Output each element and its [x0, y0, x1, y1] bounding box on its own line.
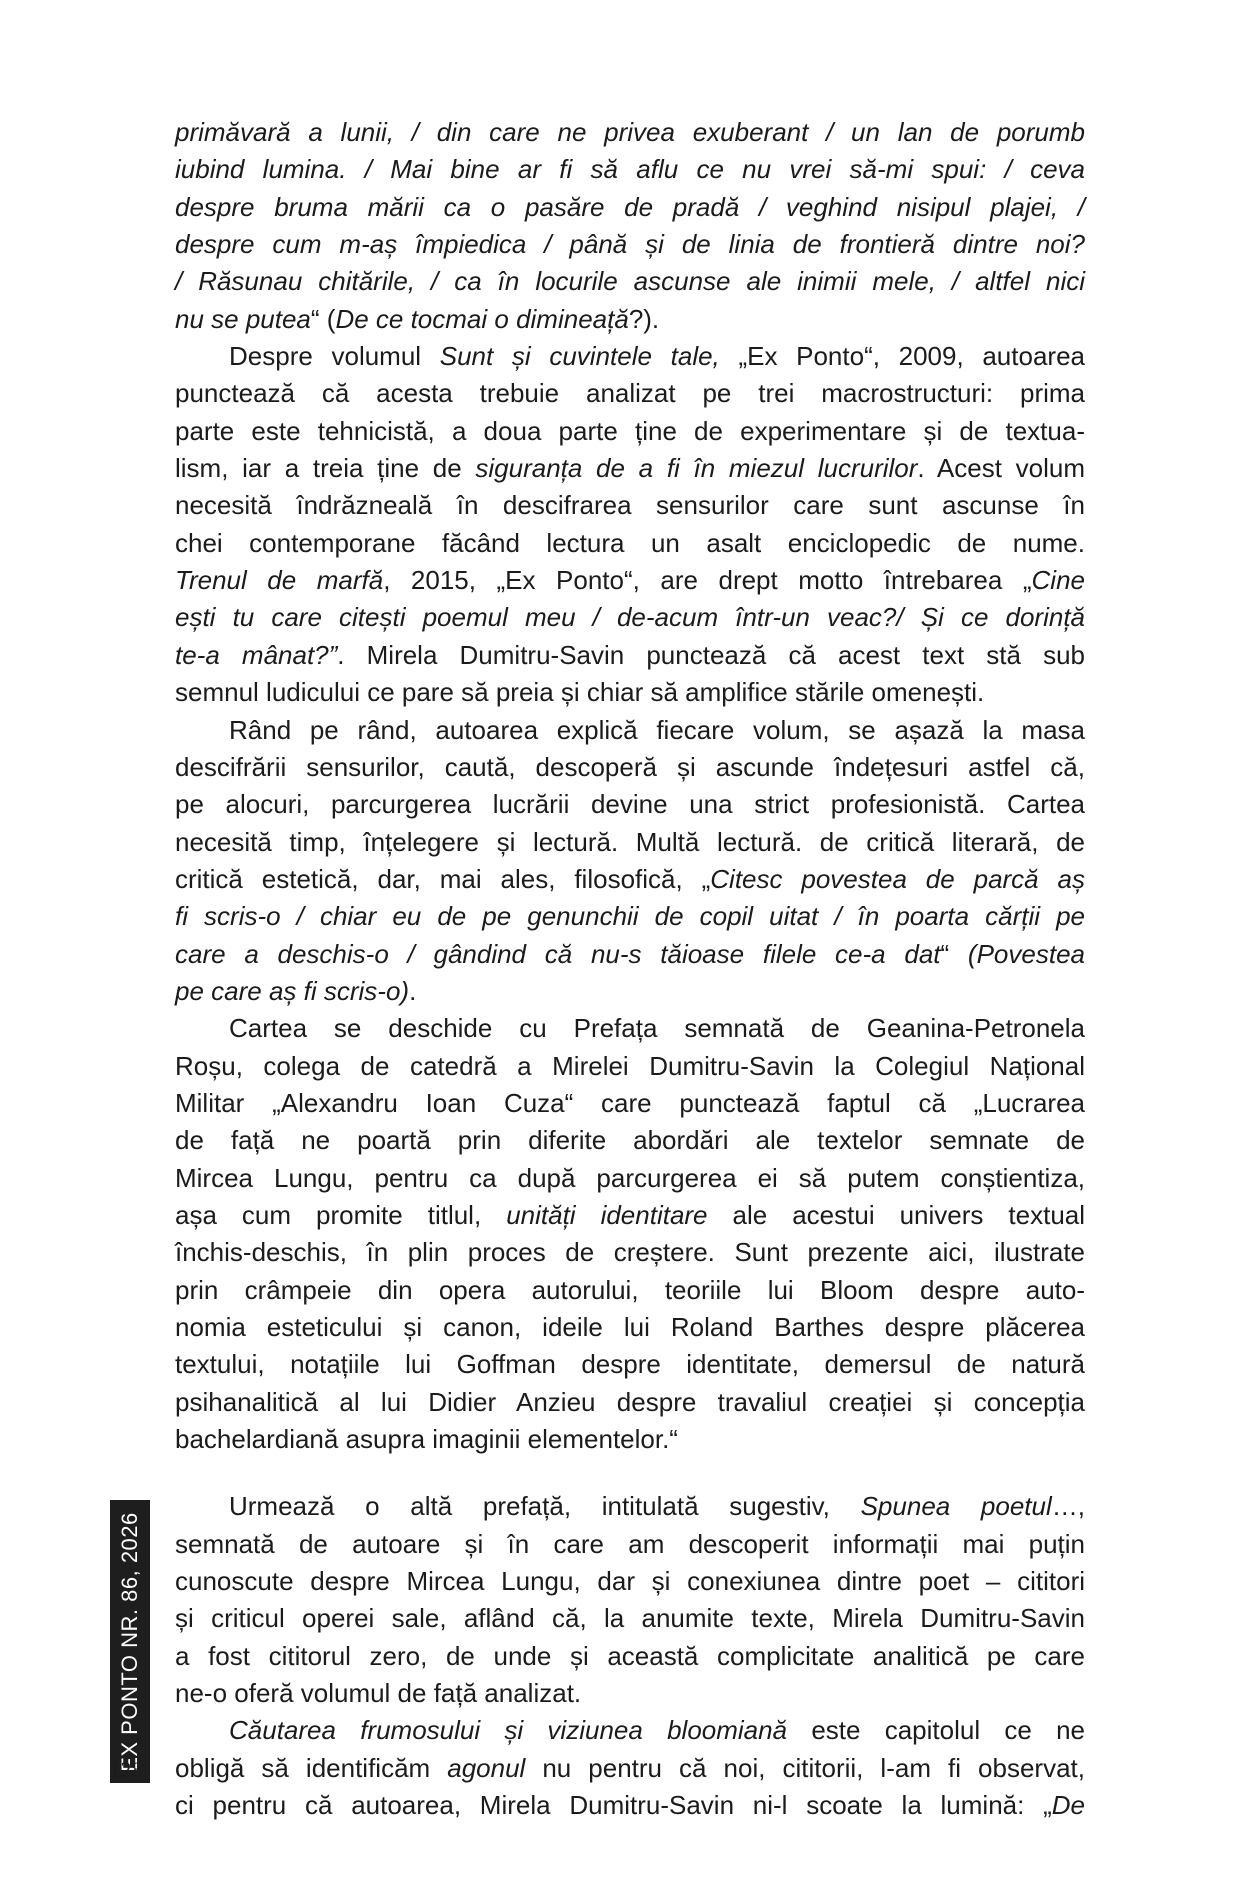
- text-line: pe alocuri, parcurgerea lucrării devine …: [175, 786, 1085, 823]
- text-line: te-a mânat?”. Mirela Dumitru-Savin punct…: [175, 637, 1085, 674]
- text-run: “: [941, 939, 968, 969]
- text-line: prin crâmpeie din opera autorului, teori…: [175, 1272, 1085, 1309]
- italic-text: Trenul de marfă: [175, 565, 383, 595]
- italic-text: Cine: [1032, 565, 1085, 595]
- text-line: lism, iar a treia ține de siguranța de a…: [175, 450, 1085, 487]
- text-line: primăvară a lunii, / din care ne privea …: [175, 114, 1085, 151]
- italic-text: (Povestea: [968, 939, 1085, 969]
- text-run: este capitolul ce ne: [787, 1715, 1085, 1745]
- text-line: obligă să identificăm agonul nu pentru c…: [175, 1750, 1085, 1787]
- text-line: Mircea Lungu, pentru ca după parcurgerea…: [175, 1160, 1085, 1197]
- italic-text: Căutarea frumosului și viziunea bloomian…: [229, 1715, 787, 1745]
- text-line: textului, notațiile lui Goffman despre i…: [175, 1346, 1085, 1383]
- italic-text: De ce tocmai o dimineață: [335, 304, 628, 334]
- text-line: iubind lumina. / Mai bine ar fi să aflu …: [175, 151, 1085, 188]
- text-run: ?).: [629, 304, 659, 334]
- text-run: …,: [1052, 1491, 1085, 1521]
- italic-text: care a deschis-o / gândind că nu-s tăioa…: [175, 939, 941, 969]
- text-run: chei contemporane făcând lectura un asal…: [175, 528, 1085, 558]
- text-line: descifrării sensurilor, caută, descoperă…: [175, 749, 1085, 786]
- text-run: „Ex Ponto“, 2009, autoarea: [720, 341, 1085, 371]
- text-run: .: [409, 976, 416, 1006]
- text-line: care a deschis-o / gândind că nu-s tăioa…: [175, 936, 1085, 973]
- text-run: așa cum promite titlul,: [175, 1200, 506, 1230]
- text-line: de față ne poartă prin diferite abordări…: [175, 1122, 1085, 1159]
- text-line: despre cum m-aș împiedica / până și de l…: [175, 226, 1085, 263]
- italic-text: nu se putea: [175, 304, 311, 334]
- italic-text: agonul: [447, 1753, 525, 1783]
- text-line: bachelardiană asupra imaginii elementelo…: [175, 1421, 1085, 1458]
- text-line: și criticul operei sale, aflând că, la a…: [175, 1600, 1085, 1637]
- text-run: Despre volumul: [229, 341, 440, 371]
- text-run: Cartea se deschide cu Prefața semnată de…: [229, 1013, 1085, 1043]
- text-line: semnată de autoare și în care am descope…: [175, 1526, 1085, 1563]
- italic-text: pe care aș fi scris-o): [175, 976, 409, 1006]
- text-line: Militar „Alexandru Ioan Cuza“ care punct…: [175, 1085, 1085, 1122]
- text-run: semnată de autoare și în care am descope…: [175, 1529, 1085, 1559]
- text-line: Roșu, colega de catedră a Mirelei Dumitr…: [175, 1048, 1085, 1085]
- text-run: lism, iar a treia ține de: [175, 453, 475, 483]
- text-line: nomia esteticului și canon, ideile lui R…: [175, 1309, 1085, 1346]
- text-run: Mircea Lungu, pentru ca după parcurgerea…: [175, 1163, 1085, 1193]
- text-run: , 2015, „Ex Ponto“, are drept motto într…: [383, 565, 1031, 595]
- text-line: Despre volumul Sunt și cuvintele tale, „…: [175, 338, 1085, 375]
- italic-text: te-a mânat?”: [175, 640, 337, 670]
- italic-text: despre bruma mării ca o pasăre de pradă …: [175, 192, 1085, 222]
- text-run: textului, notațiile lui Goffman despre i…: [175, 1349, 1085, 1379]
- text-run: obligă să identificăm: [175, 1753, 447, 1783]
- text-line: necesită îndrăzneală în descifrarea sens…: [175, 487, 1085, 524]
- text-run: ci pentru că autoarea, Mirela Dumitru-Sa…: [175, 1790, 1052, 1820]
- text-run: necesită îndrăzneală în descifrarea sens…: [175, 490, 1085, 520]
- text-line: cunoscute despre Mircea Lungu, dar și co…: [175, 1563, 1085, 1600]
- text-run: . Mirela Dumitru-Savin punctează că aces…: [337, 640, 1085, 670]
- text-run: cunoscute despre Mircea Lungu, dar și co…: [175, 1566, 1085, 1596]
- text-run: prin crâmpeie din opera autorului, teori…: [175, 1275, 1085, 1305]
- text-line: critică estetică, dar, mai ales, filosof…: [175, 861, 1085, 898]
- text-line: Cartea se deschide cu Prefața semnată de…: [175, 1010, 1085, 1047]
- italic-text: ești tu care citești poemul meu / de-acu…: [175, 602, 1085, 632]
- text-line: așa cum promite titlul, unități identita…: [175, 1197, 1085, 1234]
- journal-issue-label: EX PONTO NR. 86, 2026: [110, 1500, 150, 1783]
- text-run: descifrării sensurilor, caută, descoperă…: [175, 752, 1085, 782]
- text-run: psihanalitică al lui Didier Anzieu despr…: [175, 1387, 1085, 1417]
- italic-text: De: [1052, 1790, 1085, 1820]
- text-line: despre bruma mării ca o pasăre de pradă …: [175, 189, 1085, 226]
- text-line: punctează că acesta trebuie analizat pe …: [175, 375, 1085, 412]
- italic-text: despre cum m-aș împiedica / până și de l…: [175, 229, 1085, 259]
- italic-text: / Răsunau chitările, / ca în locurile as…: [175, 266, 1085, 296]
- body-text-column: primăvară a lunii, / din care ne privea …: [175, 114, 1085, 1824]
- text-line: ești tu care citești poemul meu / de-acu…: [175, 599, 1085, 636]
- page-number: 128: [108, 1757, 144, 1783]
- text-line: închis-deschis, în plin proces de crește…: [175, 1234, 1085, 1271]
- text-line: ci pentru că autoarea, Mirela Dumitru-Sa…: [175, 1787, 1085, 1824]
- text-run: bachelardiană asupra imaginii elementelo…: [175, 1424, 678, 1454]
- text-run: Rând pe rând, autoarea explică fiecare v…: [229, 715, 1085, 745]
- text-line: / Răsunau chitările, / ca în locurile as…: [175, 263, 1085, 300]
- text-line: ne-o oferă volumul de față analizat.: [175, 1675, 1085, 1712]
- italic-text: Citesc povestea de parcă aș: [710, 864, 1085, 894]
- text-run: pe alocuri, parcurgerea lucrării devine …: [175, 789, 1085, 819]
- text-run: Militar „Alexandru Ioan Cuza“ care punct…: [175, 1088, 1085, 1118]
- text-run: închis-deschis, în plin proces de crește…: [175, 1237, 1085, 1267]
- text-run: . Acest volum: [917, 453, 1085, 483]
- text-run: de față ne poartă prin diferite abordări…: [175, 1125, 1085, 1155]
- text-line: necesită timp, înțelegere și lectură. Mu…: [175, 824, 1085, 861]
- text-line: Rând pe rând, autoarea explică fiecare v…: [175, 712, 1085, 749]
- text-line: Urmează o altă prefață, intitulată suges…: [175, 1488, 1085, 1525]
- italic-text: Sunt și cuvintele tale,: [440, 341, 720, 371]
- text-run: a fost cititorul zero, de unde și aceast…: [175, 1641, 1085, 1671]
- italic-text: siguranța de a fi în miezul lucrurilor: [475, 453, 917, 483]
- text-line: semnul ludicului ce pare să preia și chi…: [175, 674, 1085, 711]
- text-line: chei contemporane făcând lectura un asal…: [175, 525, 1085, 562]
- text-line: parte este tehnicistă, a doua parte ține…: [175, 413, 1085, 450]
- italic-text: primăvară a lunii, / din care ne privea …: [175, 117, 1085, 147]
- text-line: pe care aș fi scris-o).: [175, 973, 1085, 1010]
- journal-issue-text: EX PONTO NR. 86, 2026: [117, 1512, 143, 1772]
- text-run: ne-o oferă volumul de față analizat.: [175, 1678, 581, 1708]
- text-line: fi scris-o / chiar eu de pe genunchii de…: [175, 898, 1085, 935]
- text-run: punctează că acesta trebuie analizat pe …: [175, 378, 1085, 408]
- italic-text: iubind lumina. / Mai bine ar fi să aflu …: [175, 154, 1085, 184]
- text-run: Urmează o altă prefață, intitulată suges…: [229, 1491, 861, 1521]
- text-run: critică estetică, dar, mai ales, filosof…: [175, 864, 710, 894]
- text-run: “ (: [311, 304, 336, 334]
- text-run: nu pentru că noi, cititorii, l-am fi obs…: [525, 1753, 1085, 1783]
- text-run: nomia esteticului și canon, ideile lui R…: [175, 1312, 1085, 1342]
- document-page: primăvară a lunii, / din care ne privea …: [0, 0, 1260, 1890]
- text-run: necesită timp, înțelegere și lectură. Mu…: [175, 827, 1085, 857]
- italic-text: fi scris-o / chiar eu de pe genunchii de…: [175, 901, 1085, 931]
- text-line: psihanalitică al lui Didier Anzieu despr…: [175, 1384, 1085, 1421]
- text-run: ale acestui univers textual: [708, 1200, 1085, 1230]
- text-line: a fost cititorul zero, de unde și aceast…: [175, 1638, 1085, 1675]
- italic-text: unități identitare: [506, 1200, 707, 1230]
- text-line: Căutarea frumosului și viziunea bloomian…: [175, 1712, 1085, 1749]
- text-run: semnul ludicului ce pare să preia și chi…: [175, 677, 984, 707]
- text-run: parte este tehnicistă, a doua parte ține…: [175, 416, 1085, 446]
- text-line: Trenul de marfă, 2015, „Ex Ponto“, are d…: [175, 562, 1085, 599]
- text-run: și criticul operei sale, aflând că, la a…: [175, 1603, 1085, 1633]
- text-line: nu se putea“ (De ce tocmai o dimineață?)…: [175, 301, 1085, 338]
- text-run: Roșu, colega de catedră a Mirelei Dumitr…: [175, 1051, 1085, 1081]
- italic-text: Spunea poetul: [861, 1491, 1052, 1521]
